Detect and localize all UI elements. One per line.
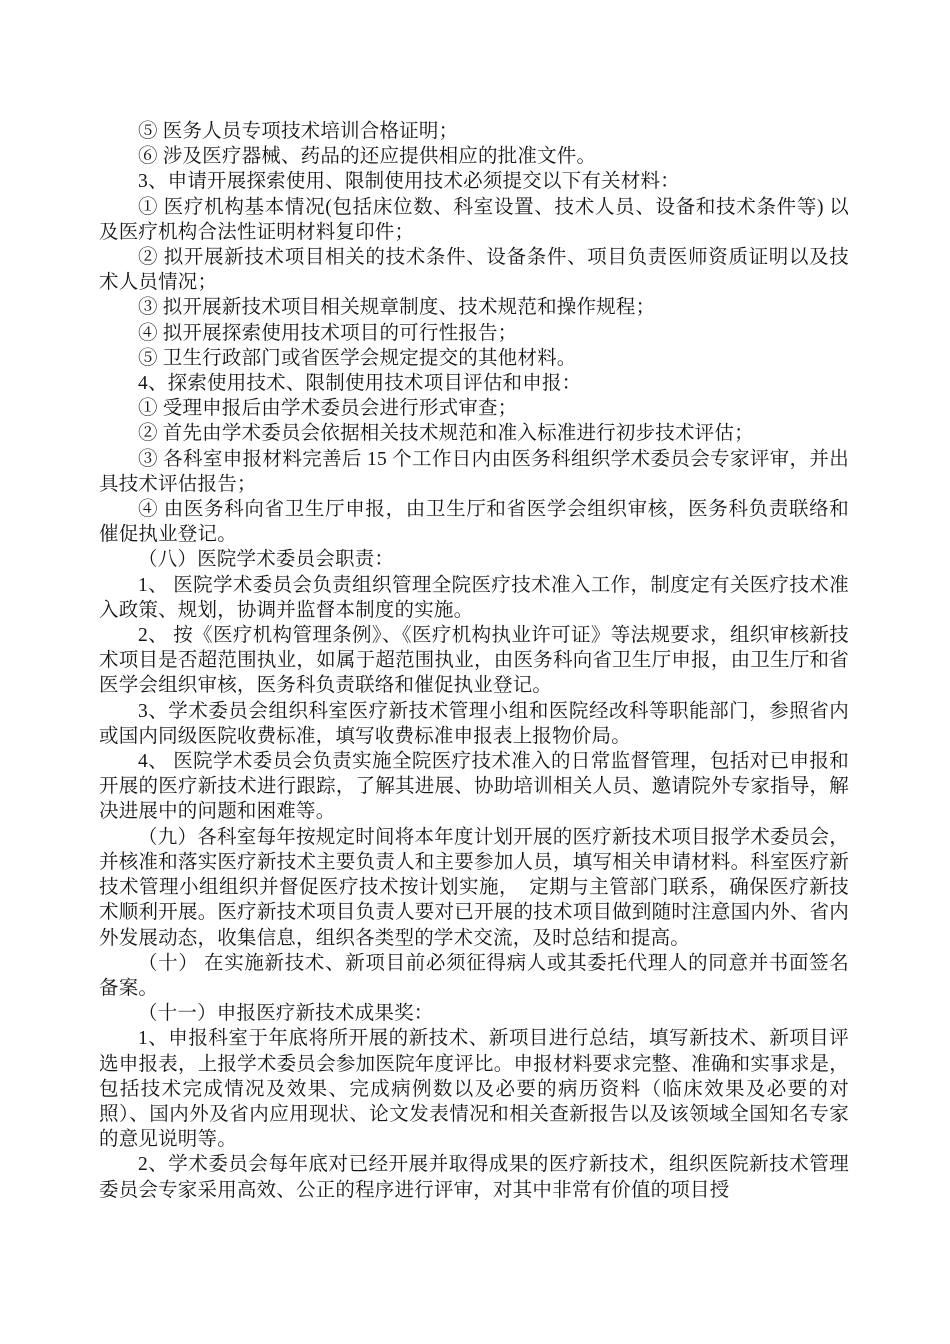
paragraph-2: 3、申请开展探索使用、限制使用技术必须提交以下有关材料： bbox=[99, 169, 849, 194]
paragraph-7: ⑤ 卫生行政部门或省医学会规定提交的其他材料。 bbox=[99, 346, 849, 371]
paragraph-18: （九）各科室每年按规定时间将本年度计划开展的医疗新技术项目报学术委员会，并核准和… bbox=[99, 825, 849, 951]
paragraph-12: ④ 由医务科向省卫生厅申报，由卫生厅和省医学会组织审核，医务科负责联络和催促执业… bbox=[99, 497, 849, 547]
paragraph-5: ③ 拟开展新技术项目相关规章制度、技术规范和操作规程； bbox=[99, 295, 849, 320]
paragraph-13: （八）医院学术委员会职责： bbox=[99, 547, 849, 572]
paragraph-14: 1、 医院学术委员会负责组织管理全院医疗技术准入工作，制度定有关医疗技术准入政策… bbox=[99, 573, 849, 623]
document-body: ⑤ 医务人员专项技术培训合格证明； ⑥ 涉及医疗器械、药品的还应提供相应的批准文… bbox=[99, 119, 849, 1203]
paragraph-19: （十） 在实施新技术、新项目前必须征得病人或其委托代理人的同意并书面签名备案。 bbox=[99, 951, 849, 1001]
paragraph-4: ② 拟开展新技术项目相关的技术条件、设备条件、项目负责医师资质证明以及技术人员情… bbox=[99, 245, 849, 295]
document-page: ⑤ 医务人员专项技术培训合格证明； ⑥ 涉及医疗器械、药品的还应提供相应的批准文… bbox=[0, 0, 950, 1344]
paragraph-15: 2、 按《医疗机构管理条例》、《医疗机构执业许可证》等法规要求，组织审核新技术项… bbox=[99, 623, 849, 699]
paragraph-9: ① 受理申报后由学术委员会进行形式审查； bbox=[99, 396, 849, 421]
paragraph-0: ⑤ 医务人员专项技术培训合格证明； bbox=[99, 119, 849, 144]
paragraph-20: （十一）申报医疗新技术成果奖： bbox=[99, 1001, 849, 1026]
paragraph-21: 1、申报科室于年底将所开展的新技术、新项目进行总结，填写新技术、新项目评选申报表… bbox=[99, 1026, 849, 1152]
paragraph-1: ⑥ 涉及医疗器械、药品的还应提供相应的批准文件。 bbox=[99, 144, 849, 169]
paragraph-17: 4、 医院学术委员会负责实施全院医疗技术准入的日常监督管理，包括对已申报和开展的… bbox=[99, 749, 849, 825]
paragraph-11: ③ 各科室申报材料完善后 15 个工作日内由医务科组织学术委员会专家评审，并出具… bbox=[99, 447, 849, 497]
paragraph-8: 4、探索使用技术、限制使用技术项目评估和申报： bbox=[99, 371, 849, 396]
paragraph-10: ② 首先由学术委员会依据相关技术规范和准入标准进行初步技术评估； bbox=[99, 421, 849, 446]
paragraph-3: ① 医疗机构基本情况(包括床位数、科室设置、技术人员、设备和技术条件等) 以及医… bbox=[99, 195, 849, 245]
paragraph-16: 3、学术委员会组织科室医疗新技术管理小组和医院经改科等职能部门，参照省内或国内同… bbox=[99, 699, 849, 749]
paragraph-6: ④ 拟开展探索使用技术项目的可行性报告； bbox=[99, 321, 849, 346]
paragraph-22: 2、学术委员会每年底对已经开展并取得成果的医疗新技术，组织医院新技术管理委员会专… bbox=[99, 1152, 849, 1202]
